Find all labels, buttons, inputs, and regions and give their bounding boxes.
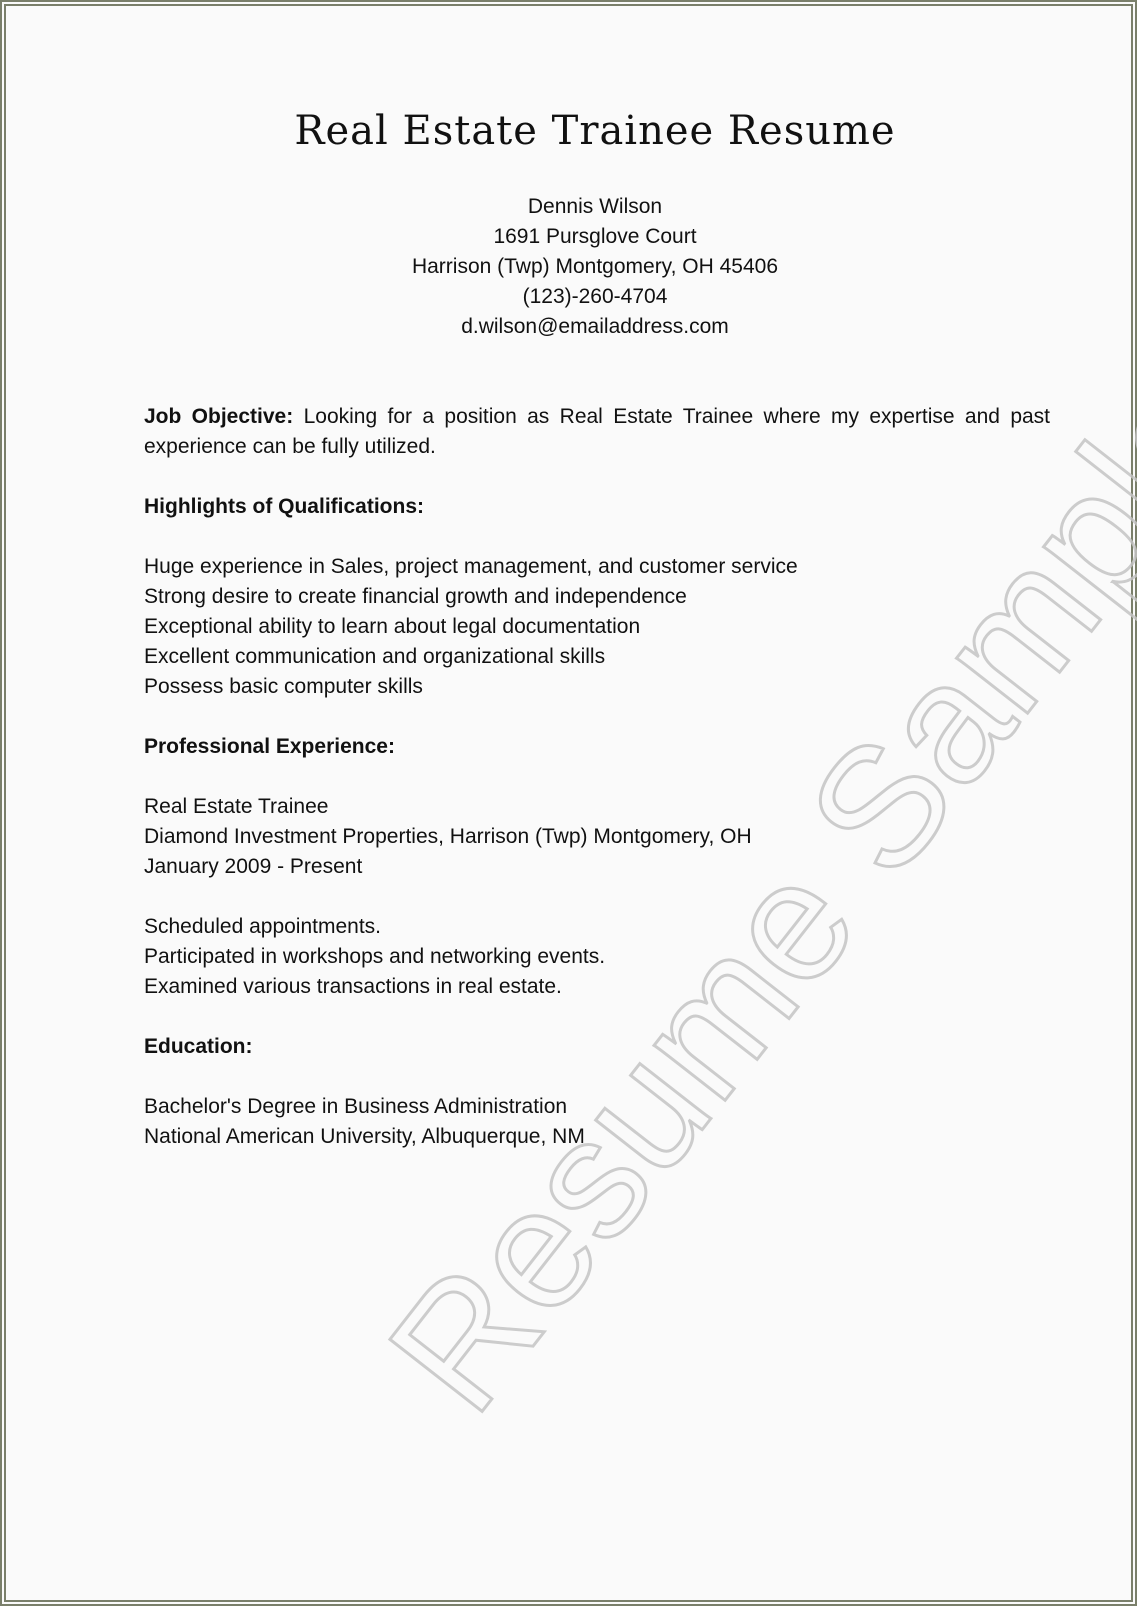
- duties-list: Scheduled appointments. Participated in …: [144, 912, 1050, 1002]
- job-objective: Job Objective: Looking for a position as…: [144, 402, 1050, 462]
- list-item: Strong desire to create financial growth…: [144, 582, 1050, 612]
- contact-block: Dennis Wilson 1691 Pursglove Court Harri…: [0, 192, 1137, 342]
- list-item: Huge experience in Sales, project manage…: [144, 552, 1050, 582]
- job-company: Diamond Investment Properties, Harrison …: [144, 822, 1050, 852]
- job-objective-label: Job Objective:: [144, 405, 293, 428]
- qualifications-list: Huge experience in Sales, project manage…: [144, 552, 1050, 702]
- list-item: Possess basic computer skills: [144, 672, 1050, 702]
- list-item: Scheduled appointments.: [144, 912, 1050, 942]
- education-heading: Education:: [144, 1032, 1050, 1062]
- document-title: Real Estate Trainee Resume: [0, 108, 1137, 154]
- job-title: Real Estate Trainee: [144, 792, 1050, 822]
- list-item: Participated in workshops and networking…: [144, 942, 1050, 972]
- contact-city: Harrison (Twp) Montgomery, OH 45406: [0, 252, 1137, 282]
- education-school: National American University, Albuquerqu…: [144, 1122, 1050, 1152]
- list-item: Examined various transactions in real es…: [144, 972, 1050, 1002]
- contact-email: d.wilson@emailaddress.com: [0, 312, 1137, 342]
- resume-body: Job Objective: Looking for a position as…: [144, 402, 1050, 1152]
- job-dates: January 2009 - Present: [144, 852, 1050, 882]
- contact-phone: (123)-260-4704: [0, 282, 1137, 312]
- qualifications-heading: Highlights of Qualifications:: [144, 492, 1050, 522]
- contact-name: Dennis Wilson: [0, 192, 1137, 222]
- list-item: Excellent communication and organization…: [144, 642, 1050, 672]
- list-item: Exceptional ability to learn about legal…: [144, 612, 1050, 642]
- education-degree: Bachelor's Degree in Business Administra…: [144, 1092, 1050, 1122]
- contact-street: 1691 Pursglove Court: [0, 222, 1137, 252]
- experience-heading: Professional Experience:: [144, 732, 1050, 762]
